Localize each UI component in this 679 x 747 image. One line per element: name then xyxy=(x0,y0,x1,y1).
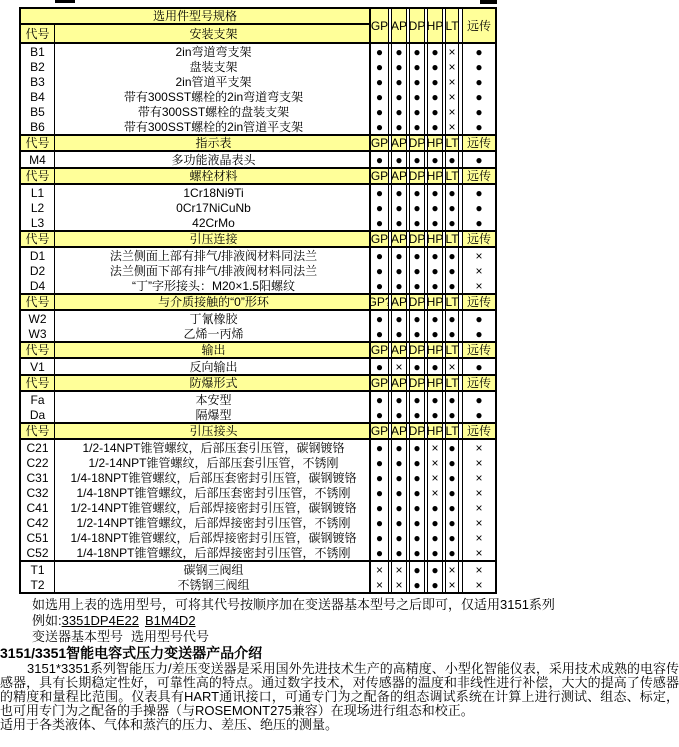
option-code-cell: B6 xyxy=(21,119,55,134)
column-header-cell: HP xyxy=(427,136,443,150)
available-dot-icon: ● xyxy=(431,217,438,229)
option-desc-cell: 丁氰橡胶 xyxy=(55,311,370,326)
option-desc-cell: 1/4-18NPT锥管螺纹，后部焊接密封引压管，碳钢镀铬 xyxy=(55,530,370,545)
available-dot-icon: ● xyxy=(431,502,438,514)
column-header-cell: 远传 xyxy=(462,136,495,150)
availability-cell: × xyxy=(445,119,459,134)
option-code-cell: V1 xyxy=(21,359,55,374)
column-header-cell: HP xyxy=(427,9,443,42)
availability-cell: ● xyxy=(409,530,425,545)
column-header-cell: AP xyxy=(391,136,407,150)
available-dot-icon: ● xyxy=(475,61,482,73)
available-dot-icon: ● xyxy=(376,265,383,277)
table-row: D4“丁”字形接头：M20×1.5阳螺纹●●●●●× xyxy=(21,278,495,293)
availability-cell: × xyxy=(462,455,495,470)
column-gap xyxy=(443,9,445,42)
available-dot-icon: ● xyxy=(376,91,383,103)
table-row: C321/4-18NPT锥管螺纹，后部压套密封引压管，不锈刚●●●×●× xyxy=(21,485,495,500)
available-dot-icon: ● xyxy=(475,394,482,406)
not-available-cross-icon: × xyxy=(448,46,455,58)
availability-cell: ● xyxy=(391,185,407,200)
option-code-cell: W3 xyxy=(21,326,55,341)
availability-cell: × xyxy=(445,104,459,119)
option-desc-cell: 隔爆型 xyxy=(55,407,370,422)
section-header-row: 代号输出GPAPDPHPLT远传 xyxy=(21,341,495,359)
section-name-cell: 引压连接 xyxy=(55,232,370,246)
table-row: L342CrMo●●●●●● xyxy=(21,215,495,230)
option-desc-cell: 2in弯道弯支架 xyxy=(55,44,370,59)
available-dot-icon: ● xyxy=(448,154,455,166)
available-dot-icon: ● xyxy=(413,313,420,325)
example-caption: 变送器基本型号选用型号代号 xyxy=(32,629,679,645)
table-row: W2丁氰橡胶●●●●●● xyxy=(21,311,495,326)
available-dot-icon: ● xyxy=(376,217,383,229)
availability-cell: ● xyxy=(409,562,425,577)
availability-cell: ● xyxy=(445,470,459,485)
available-dot-icon: ● xyxy=(431,121,438,133)
available-dot-icon: ● xyxy=(413,121,420,133)
not-available-cross-icon: × xyxy=(475,502,482,514)
column-header-cell: LT xyxy=(445,232,459,246)
availability-cell: ● xyxy=(462,119,495,134)
code-column-header: 代号 xyxy=(21,25,55,42)
available-dot-icon: ● xyxy=(431,579,438,591)
example-base-model: 3351DP4E22 xyxy=(62,613,139,628)
availability-cell: ● xyxy=(409,263,425,278)
availability-cell: × xyxy=(445,89,459,104)
availability-cell: ● xyxy=(462,59,495,74)
option-desc-cell: 带有300SST螺栓的2in管道平支架 xyxy=(55,119,370,134)
available-dot-icon: ● xyxy=(413,502,420,514)
option-desc-cell: 碳钢三阀组 xyxy=(55,562,370,577)
availability-cell: ● xyxy=(427,530,443,545)
table-row: C521/4-18NPT锥管螺纹，后部焊接密封引压管，不锈刚●●●●●× xyxy=(21,545,495,560)
availability-cell: × xyxy=(462,278,495,293)
column-header-cell: LT xyxy=(445,9,459,42)
column-header-cell: LT xyxy=(445,376,459,390)
option-desc-cell: 1/2-14NPT锥管螺纹，后部压套引压管，不锈刚 xyxy=(55,455,370,470)
available-dot-icon: ● xyxy=(376,532,383,544)
section-name-cell: 安装支架 xyxy=(55,25,370,42)
available-dot-icon: ● xyxy=(448,547,455,559)
availability-cell: ● xyxy=(391,530,407,545)
availability-cell: ● xyxy=(391,545,407,560)
option-code-cell: C31 xyxy=(21,470,55,485)
availability-cell: ● xyxy=(409,44,425,59)
available-dot-icon: ● xyxy=(376,457,383,469)
availability-cell: × xyxy=(445,59,459,74)
availability-cell: ● xyxy=(445,326,459,341)
available-dot-icon: ● xyxy=(413,532,420,544)
option-desc-cell: 1/2-14NPT锥管螺纹，后部压套引压管，碳钢镀铬 xyxy=(55,440,370,455)
availability-cell: ● xyxy=(445,278,459,293)
column-header-cell: AP xyxy=(391,9,407,42)
column-header-cell: GP xyxy=(370,9,389,42)
availability-cell: ● xyxy=(409,311,425,326)
column-header-cell: DP xyxy=(409,169,425,183)
option-code-cell: D1 xyxy=(21,248,55,263)
available-dot-icon: ● xyxy=(431,202,438,214)
not-available-cross-icon: × xyxy=(475,472,482,484)
table-row: C211/2-14NPT锥管螺纹，后部压套引压管，碳钢镀铬●●●×●× xyxy=(21,440,495,455)
availability-cell: ● xyxy=(462,326,495,341)
availability-cell: ● xyxy=(462,74,495,89)
available-dot-icon: ● xyxy=(431,547,438,559)
column-gap xyxy=(407,9,409,42)
availability-cell: ● xyxy=(462,200,495,215)
availability-cell: ● xyxy=(391,119,407,134)
availability-cell: ● xyxy=(409,200,425,215)
available-dot-icon: ● xyxy=(413,187,420,199)
availability-cell: × xyxy=(445,44,459,59)
column-header-cell: GP xyxy=(370,343,389,357)
availability-cell: ● xyxy=(370,215,389,230)
code-column-header: 代号 xyxy=(21,343,55,357)
code-column-header: 代号 xyxy=(21,295,55,309)
availability-cell: ● xyxy=(370,44,389,59)
option-code-cell: B4 xyxy=(21,89,55,104)
availability-cell: × xyxy=(427,440,443,455)
option-code-cell: L3 xyxy=(21,215,55,230)
availability-cell: ● xyxy=(445,515,459,530)
not-available-cross-icon: × xyxy=(475,564,482,576)
available-dot-icon: ● xyxy=(413,564,420,576)
availability-cell: ● xyxy=(409,326,425,341)
availability-cell: ● xyxy=(391,248,407,263)
availability-cell: ● xyxy=(427,152,443,167)
section-name-cell: 与介质接触的“0”形环 xyxy=(55,295,370,309)
available-dot-icon: ● xyxy=(395,547,402,559)
column-header-cell: DP xyxy=(409,136,425,150)
availability-cell: ● xyxy=(370,515,389,530)
available-dot-icon: ● xyxy=(395,202,402,214)
option-desc-cell: 1/4-18NPT锥管螺纹，后部压套密封引压管，碳钢镀铬 xyxy=(55,470,370,485)
available-dot-icon: ● xyxy=(413,91,420,103)
column-header-cell: DP xyxy=(409,9,425,42)
availability-cell: ● xyxy=(445,311,459,326)
column-header-cell: HP xyxy=(427,424,443,438)
availability-cell: ● xyxy=(370,440,389,455)
availability-cell: ● xyxy=(370,545,389,560)
availability-cell: ● xyxy=(409,470,425,485)
option-desc-cell: 反向输出 xyxy=(55,359,370,374)
column-header-cell: AP xyxy=(391,343,407,357)
available-dot-icon: ● xyxy=(413,579,420,591)
available-dot-icon: ● xyxy=(376,154,383,166)
table-row: D2法兰侧面下部有排气/排液阀材料同法兰●●●●●× xyxy=(21,263,495,278)
available-dot-icon: ● xyxy=(376,202,383,214)
availability-cell: ● xyxy=(370,89,389,104)
availability-cell: ● xyxy=(391,311,407,326)
not-available-cross-icon: × xyxy=(475,250,482,262)
availability-cell: ● xyxy=(370,485,389,500)
availability-cell: ● xyxy=(370,200,389,215)
option-desc-cell: 盘装支架 xyxy=(55,59,370,74)
availability-cell: ● xyxy=(409,515,425,530)
option-desc-cell: 带有300SST螺栓的盘装支架 xyxy=(55,104,370,119)
available-dot-icon: ● xyxy=(448,409,455,421)
section-header-row: 代号螺栓材料GPAPDPHPLT远传 xyxy=(21,167,495,185)
option-desc-cell: 1/4-18NPT锥管螺纹，后部压套密封引压管，不锈刚 xyxy=(55,485,370,500)
available-dot-icon: ● xyxy=(395,121,402,133)
availability-cell: ● xyxy=(409,104,425,119)
column-header-cell: AP xyxy=(391,376,407,390)
availability-cell: ● xyxy=(462,407,495,422)
available-dot-icon: ● xyxy=(395,250,402,262)
table-row: T2不锈钢三阀组××●●×× xyxy=(21,577,495,592)
not-available-cross-icon: × xyxy=(431,472,438,484)
column-header-cell: HP xyxy=(427,376,443,390)
availability-cell: ● xyxy=(370,311,389,326)
available-dot-icon: ● xyxy=(376,487,383,499)
option-desc-cell: 0Cr17NiCuNb xyxy=(55,200,370,215)
available-dot-icon: ● xyxy=(475,217,482,229)
availability-cell: × xyxy=(462,577,495,592)
available-dot-icon: ● xyxy=(376,121,383,133)
not-available-cross-icon: × xyxy=(475,265,482,277)
availability-cell: ● xyxy=(370,104,389,119)
available-dot-icon: ● xyxy=(475,361,482,373)
availability-cell: ● xyxy=(462,104,495,119)
availability-cell: ● xyxy=(445,248,459,263)
available-dot-icon: ● xyxy=(413,154,420,166)
page: { "colors": { "header_bg": "#FFFF99", "b… xyxy=(0,0,679,747)
table-row: M4多功能液晶表头●●●●●● xyxy=(21,152,495,167)
availability-cell: ● xyxy=(409,359,425,374)
intro-paragraph: 3151*3351系列智能压力/差压变送器是采用国外先进技术生产的高精度、小型化… xyxy=(0,662,679,718)
available-dot-icon: ● xyxy=(448,502,455,514)
availability-cell: × xyxy=(427,455,443,470)
table-row: B12in弯道弯支架●●●●×● xyxy=(21,44,495,59)
available-dot-icon: ● xyxy=(448,442,455,454)
option-code-cell: Fa xyxy=(21,392,55,407)
available-dot-icon: ● xyxy=(376,313,383,325)
availability-cell: ● xyxy=(370,119,389,134)
column-header-cell: 远传 xyxy=(462,376,495,390)
column-header-cell: GP? xyxy=(370,295,389,309)
availability-cell: × xyxy=(445,74,459,89)
available-dot-icon: ● xyxy=(413,46,420,58)
table-header: 选用件型号规格代号安装支架GPAPDPHPLT远传 xyxy=(21,9,495,44)
code-column-header: 代号 xyxy=(21,232,55,246)
available-dot-icon: ● xyxy=(395,394,402,406)
column-header-cell: HP xyxy=(427,232,443,246)
not-available-cross-icon: × xyxy=(475,457,482,469)
availability-cell: × xyxy=(391,577,407,592)
section-header-row: 代号引压接头GPAPDPHPLT远传 xyxy=(21,422,495,440)
availability-cell: ● xyxy=(409,74,425,89)
availability-cell: ● xyxy=(445,392,459,407)
column-header-cell: 远传 xyxy=(462,169,495,183)
availability-cell: ● xyxy=(427,392,443,407)
availability-cell: × xyxy=(462,485,495,500)
footer-text-block: 如选用上表的选用型号，可将其代号按顺序加在变送器基本型号之后即可，仅适用3151… xyxy=(0,597,679,732)
available-dot-icon: ● xyxy=(475,154,482,166)
option-desc-cell: 带有300SST螺栓的2in弯道弯支架 xyxy=(55,89,370,104)
available-dot-icon: ● xyxy=(448,532,455,544)
availability-cell: ● xyxy=(462,89,495,104)
availability-cell: ● xyxy=(427,562,443,577)
available-dot-icon: ● xyxy=(395,265,402,277)
option-code-cell: B5 xyxy=(21,104,55,119)
usage-note-text: 如选用上表的选用型号，可将其代号按顺序加在变送器基本型号之后即可，仅适用3151… xyxy=(32,597,555,612)
table-row: Da隔爆型●●●●●● xyxy=(21,407,495,422)
section-name-cell: 防爆形式 xyxy=(55,376,370,390)
available-dot-icon: ● xyxy=(413,328,420,340)
not-available-cross-icon: × xyxy=(448,106,455,118)
availability-cell: ● xyxy=(370,470,389,485)
availability-cell: ● xyxy=(391,485,407,500)
availability-cell: ● xyxy=(391,440,407,455)
example-label: 例如: xyxy=(32,613,62,628)
column-header-cell: DP xyxy=(409,376,425,390)
available-dot-icon: ● xyxy=(376,547,383,559)
available-dot-icon: ● xyxy=(395,517,402,529)
section-header-row: 代号与介质接触的“0”形环GP?APDPHPLT远传 xyxy=(21,293,495,311)
table-row: L20Cr17NiCuNb●●●●●● xyxy=(21,200,495,215)
option-code-cell: T1 xyxy=(21,562,55,577)
availability-cell: ● xyxy=(427,311,443,326)
available-dot-icon: ● xyxy=(413,217,420,229)
available-dot-icon: ● xyxy=(395,154,402,166)
availability-cell: ● xyxy=(445,152,459,167)
not-available-cross-icon: × xyxy=(475,532,482,544)
column-header-cell: DP xyxy=(409,232,425,246)
availability-cell: ● xyxy=(427,104,443,119)
availability-cell: ● xyxy=(409,440,425,455)
available-dot-icon: ● xyxy=(448,472,455,484)
section-header-row: 代号防爆形式GPAPDPHPLT远传 xyxy=(21,374,495,392)
not-available-cross-icon: × xyxy=(448,91,455,103)
not-available-cross-icon: × xyxy=(475,517,482,529)
column-header-cell: GP xyxy=(370,376,389,390)
availability-cell: ● xyxy=(462,44,495,59)
available-dot-icon: ● xyxy=(475,46,482,58)
not-available-cross-icon: × xyxy=(475,442,482,454)
column-header-cell: HP xyxy=(427,343,443,357)
not-available-cross-icon: × xyxy=(475,579,482,591)
available-dot-icon: ● xyxy=(413,487,420,499)
availability-cell: × xyxy=(445,359,459,374)
availability-cell: ● xyxy=(391,470,407,485)
column-header-cell: GP xyxy=(370,232,389,246)
available-dot-icon: ● xyxy=(448,328,455,340)
availability-cell: × xyxy=(462,530,495,545)
option-code-cell: T2 xyxy=(21,577,55,592)
option-desc-cell: 乙烯一丙烯 xyxy=(55,326,370,341)
code-column-header: 代号 xyxy=(21,376,55,390)
not-available-cross-icon: × xyxy=(448,61,455,73)
option-desc-cell: 1Cr18Ni9Ti xyxy=(55,185,370,200)
available-dot-icon: ● xyxy=(475,187,482,199)
availability-cell: ● xyxy=(427,185,443,200)
available-dot-icon: ● xyxy=(431,250,438,262)
available-dot-icon: ● xyxy=(475,106,482,118)
column-header-cell: AP xyxy=(391,295,407,309)
available-dot-icon: ● xyxy=(431,154,438,166)
availability-cell: ● xyxy=(391,44,407,59)
table-row: D1法兰侧面上部有排气/排液阀材料同法兰●●●●●× xyxy=(21,248,495,263)
option-desc-cell: 42CrMo xyxy=(55,215,370,230)
not-available-cross-icon: × xyxy=(448,76,455,88)
available-dot-icon: ● xyxy=(475,76,482,88)
option-desc-cell: 本安型 xyxy=(55,392,370,407)
availability-cell: ● xyxy=(391,455,407,470)
option-desc-cell: 多功能液晶表头 xyxy=(55,152,370,167)
section-name-cell: 指示表 xyxy=(55,136,370,150)
availability-cell: ● xyxy=(370,530,389,545)
option-code-cell: L2 xyxy=(21,200,55,215)
availability-cell: ● xyxy=(445,263,459,278)
option-desc-cell: 1/4-18NPT锥管螺纹，后部焊接密封引压管，不锈刚 xyxy=(55,545,370,560)
availability-cell: ● xyxy=(409,455,425,470)
availability-cell: ● xyxy=(370,407,389,422)
availability-cell: ● xyxy=(445,455,459,470)
available-dot-icon: ● xyxy=(395,106,402,118)
availability-cell: ● xyxy=(370,359,389,374)
column-header-cell: GP xyxy=(370,424,389,438)
option-code-cell: C42 xyxy=(21,515,55,530)
option-code-cell: W2 xyxy=(21,311,55,326)
available-dot-icon: ● xyxy=(475,409,482,421)
availability-cell: × xyxy=(462,470,495,485)
available-dot-icon: ● xyxy=(376,409,383,421)
availability-cell: × xyxy=(427,470,443,485)
availability-cell: ● xyxy=(391,326,407,341)
table-row: C511/4-18NPT锥管螺纹，后部焊接密封引压管，碳钢镀铬●●●●●× xyxy=(21,530,495,545)
table-row: B5带有300SST螺栓的盘装支架●●●●×● xyxy=(21,104,495,119)
available-dot-icon: ● xyxy=(395,91,402,103)
available-dot-icon: ● xyxy=(376,472,383,484)
availability-cell: × xyxy=(462,515,495,530)
example-option-code: B1M4D2 xyxy=(145,613,196,628)
available-dot-icon: ● xyxy=(431,91,438,103)
section-header-row: 代号指示表GPAPDPHPLT远传 xyxy=(21,134,495,152)
available-dot-icon: ● xyxy=(395,61,402,73)
available-dot-icon: ● xyxy=(413,361,420,373)
available-dot-icon: ● xyxy=(431,106,438,118)
available-dot-icon: ● xyxy=(376,517,383,529)
example-line: 例如:3351DP4E22B1M4D2 xyxy=(32,613,679,629)
availability-cell: ● xyxy=(391,104,407,119)
table-row: C411/2-14NPT锥管螺纹，后部焊接密封引压管，碳钢镀铬●●●●●× xyxy=(21,500,495,515)
available-dot-icon: ● xyxy=(395,217,402,229)
option-desc-cell: 法兰侧面下部有排气/排液阀材料同法兰 xyxy=(55,263,370,278)
option-code-cell: C22 xyxy=(21,455,55,470)
available-dot-icon: ● xyxy=(376,76,383,88)
not-available-cross-icon: × xyxy=(431,487,438,499)
available-dot-icon: ● xyxy=(431,61,438,73)
column-header-cell: HP xyxy=(427,169,443,183)
column-header-cell: DP xyxy=(409,295,425,309)
column-gap xyxy=(425,9,427,42)
availability-cell: × xyxy=(445,562,459,577)
code-column-header: 代号 xyxy=(21,136,55,150)
option-code-cell: M4 xyxy=(21,152,55,167)
availability-cell: ● xyxy=(370,152,389,167)
available-dot-icon: ● xyxy=(413,394,420,406)
availability-cell: ● xyxy=(409,119,425,134)
availability-cell: ● xyxy=(445,530,459,545)
availability-cell: ● xyxy=(427,359,443,374)
available-dot-icon: ● xyxy=(448,250,455,262)
availability-cell: ● xyxy=(409,407,425,422)
availability-cell: ● xyxy=(370,248,389,263)
table-row: C421/2-14NPT锥管螺纹，后部焊接密封引压管，不锈刚●●●●●× xyxy=(21,515,495,530)
available-dot-icon: ● xyxy=(448,517,455,529)
cropped-top-artifact-right xyxy=(480,0,497,4)
availability-cell: ● xyxy=(391,74,407,89)
